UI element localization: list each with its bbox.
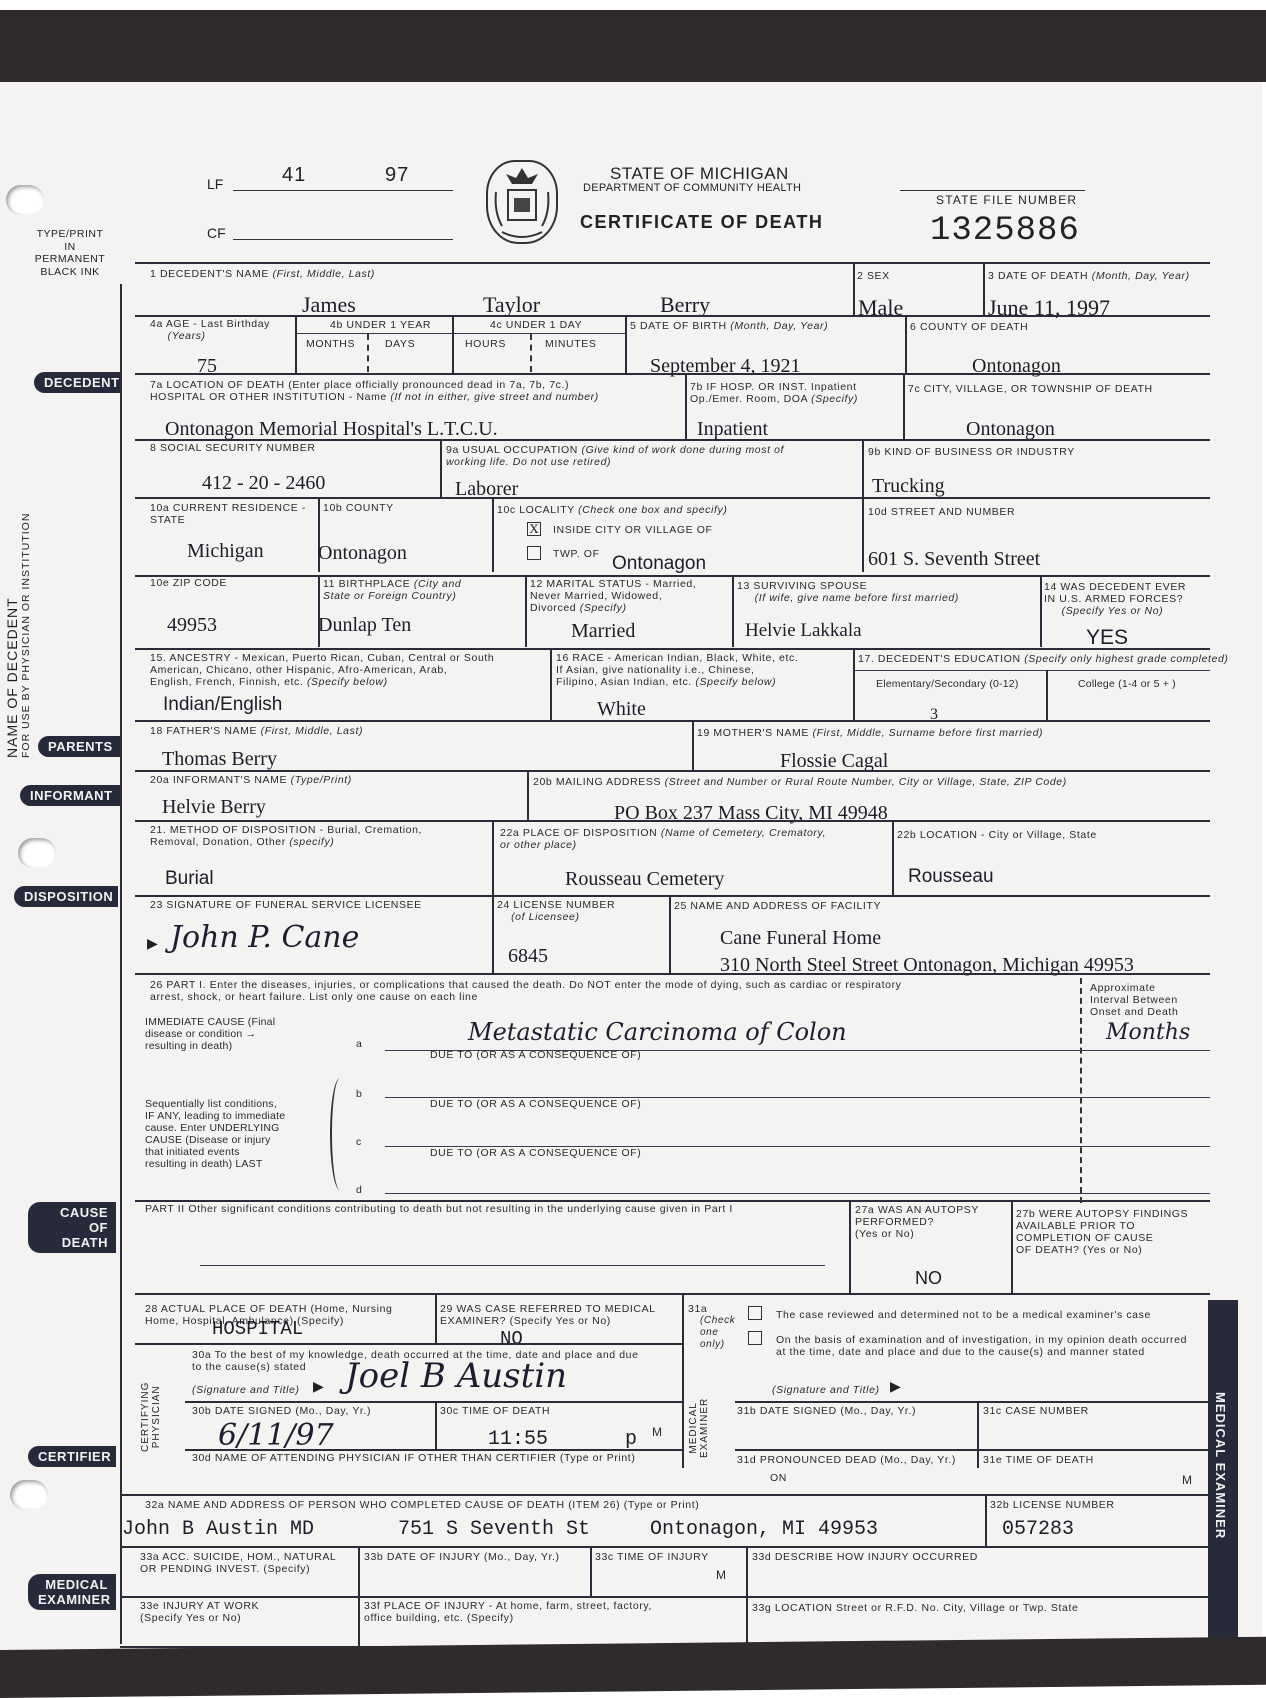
sequential-label: Sequentially list conditions, IF ANY, le… bbox=[145, 1098, 285, 1170]
part2-line bbox=[200, 1265, 825, 1266]
cf-label: CF bbox=[207, 225, 226, 241]
disposition-location: Rousseau bbox=[908, 866, 994, 888]
row33-top-rule bbox=[120, 1546, 1208, 1548]
divider bbox=[854, 670, 1210, 671]
due-to-label-a: DUE TO (OR AS A CONSEQUENCE OF) bbox=[430, 1049, 641, 1061]
informant-name: Helvie Berry bbox=[162, 796, 266, 819]
michigan-seal-icon bbox=[486, 160, 558, 244]
father-name: Thomas Berry bbox=[162, 748, 277, 771]
f20b-label: 20b MAILING ADDRESS (Street and Number o… bbox=[533, 776, 1067, 788]
disposition-method: Burial bbox=[165, 868, 214, 890]
residence-county: Ontonagon bbox=[318, 542, 407, 565]
f29-label: 29 WAS CASE REFERRED TO MEDICAL EXAMINER… bbox=[440, 1303, 656, 1327]
f9a-label: 9a USUAL OCCUPATION (Give kind of work d… bbox=[446, 444, 784, 468]
injury-time-m: M bbox=[716, 1569, 727, 1581]
divider bbox=[1040, 575, 1042, 647]
f27b-label: 27b WERE AUTOPSY FINDINGS AVAILABLE PRIO… bbox=[1016, 1208, 1188, 1256]
f30c-label: 30c TIME OF DEATH bbox=[440, 1405, 550, 1417]
completer-name: John B Austin MD bbox=[122, 1518, 314, 1541]
f16-label: 16 RACE - American Indian, Black, White,… bbox=[556, 652, 798, 688]
me-signature-arrow-icon: ▶ bbox=[890, 1378, 901, 1395]
f17-label: 17. DECEDENT'S EDUCATION (Specify only h… bbox=[858, 653, 1229, 665]
divider bbox=[905, 315, 907, 373]
signature-title-label: (Signature and Title) bbox=[192, 1384, 300, 1396]
township-label: TWP. OF bbox=[553, 548, 600, 560]
f31a-label: 31a bbox=[688, 1303, 707, 1315]
divider bbox=[669, 895, 671, 973]
f33d-label: 33d DESCRIBE HOW INJURY OCCURRED bbox=[752, 1551, 978, 1563]
months-label: MONTHS bbox=[306, 338, 355, 350]
college-label: College (1-4 or 5 + ) bbox=[1078, 678, 1176, 690]
divider bbox=[550, 648, 552, 720]
divider bbox=[440, 439, 442, 499]
certifier-signature: Joel B Austin bbox=[345, 1356, 567, 1396]
punch-hole-middle bbox=[18, 838, 56, 868]
f1-label: 1 DECEDENT'S NAME (First, Middle, Last) bbox=[150, 268, 375, 280]
certifying-physician-label: CERTIFYING PHYSICIAN bbox=[140, 1382, 162, 1452]
department-name: DEPARTMENT OF COMMUNITY HEALTH bbox=[583, 182, 801, 194]
divider bbox=[492, 820, 494, 895]
f33g-label: 33g LOCATION Street or R.F.D. No. City, … bbox=[752, 1602, 1078, 1614]
certifier-top-rule bbox=[135, 1293, 1210, 1295]
divider bbox=[525, 575, 527, 647]
divider bbox=[849, 1200, 851, 1295]
funeral-licensee-signature: John P. Cane bbox=[170, 920, 359, 955]
me-option-1-label: The case reviewed and determined not to … bbox=[776, 1309, 1151, 1321]
row5-top-rule bbox=[135, 497, 1210, 499]
pronounced-on: ON bbox=[770, 1472, 787, 1484]
divider bbox=[692, 720, 694, 770]
f18-label: 18 FATHER'S NAME (First, Middle, Last) bbox=[150, 725, 363, 737]
location-of-death: Ontonagon Memorial Hospital's L.T.C.U. bbox=[165, 418, 498, 441]
f33a-label: 33a ACC. SUICIDE, HOM., NATURAL OR PENDI… bbox=[140, 1551, 336, 1575]
ancestry: Indian/English bbox=[163, 694, 282, 716]
lf-value-2: 97 bbox=[385, 164, 409, 187]
f26-label: 26 PART I. Enter the diseases, injuries,… bbox=[150, 979, 902, 1003]
tab-decedent: DECEDENT bbox=[34, 372, 120, 393]
cause-top-rule bbox=[135, 973, 1210, 975]
street-address: 601 S. Seventh Street bbox=[868, 548, 1040, 571]
f7c-label: 7c CITY, VILLAGE, OR TOWNSHIP OF DEATH bbox=[908, 383, 1153, 395]
divider bbox=[853, 262, 855, 317]
divider bbox=[862, 497, 864, 572]
hours-label: HOURS bbox=[465, 338, 506, 350]
f4c-label: 4c UNDER 1 DAY bbox=[490, 319, 582, 331]
f10e-label: 10e ZIP CODE bbox=[150, 577, 227, 589]
divider bbox=[367, 334, 369, 372]
am-pm: p bbox=[625, 1428, 637, 1451]
line-b-label: b bbox=[356, 1088, 362, 1100]
divider bbox=[452, 315, 454, 373]
f10b-label: 10b COUNTY bbox=[323, 502, 394, 514]
interval-a: Months bbox=[1106, 1020, 1190, 1045]
me-signature-title-label: (Signature and Title) bbox=[772, 1384, 880, 1396]
divider bbox=[530, 334, 532, 372]
divider bbox=[590, 1546, 592, 1596]
vertical-note-use: FOR USE BY PHYSICIAN OR INSTITUTION bbox=[20, 513, 32, 758]
lf-value-1: 41 bbox=[282, 164, 306, 187]
f14-label: 14 WAS DECEDENT EVER IN U.S. ARMED FORCE… bbox=[1044, 581, 1186, 617]
disposition-place: Rousseau Cemetery bbox=[565, 868, 724, 891]
f7a-label: 7a LOCATION OF DEATH (Enter place offici… bbox=[150, 379, 599, 403]
divider bbox=[435, 1401, 437, 1449]
f32b-label: 32b LICENSE NUMBER bbox=[990, 1499, 1115, 1511]
divider bbox=[625, 315, 627, 373]
me-time-m: M bbox=[1182, 1474, 1193, 1486]
surviving-spouse: Helvie Lakkala bbox=[745, 620, 862, 642]
f6-label: 6 COUNTY OF DEATH bbox=[910, 321, 1028, 333]
divider bbox=[853, 648, 855, 720]
row6-top-rule bbox=[135, 575, 1210, 577]
armed-forces: YES bbox=[1086, 626, 1128, 650]
row10-top-rule bbox=[135, 820, 1210, 822]
divider bbox=[732, 575, 734, 647]
f33c-label: 33c TIME OF INJURY bbox=[595, 1551, 709, 1563]
divider bbox=[185, 1449, 683, 1451]
minutes-label: MINUTES bbox=[545, 338, 596, 350]
divider bbox=[435, 1293, 437, 1343]
divider bbox=[892, 820, 894, 895]
interval-label: Approximate Interval Between Onset and D… bbox=[1090, 982, 1178, 1018]
marital-status: Married bbox=[571, 620, 635, 643]
f32a-label: 32a NAME AND ADDRESS OF PERSON WHO COMPL… bbox=[145, 1499, 699, 1511]
f3-label: 3 DATE OF DEATH (Month, Day, Year) bbox=[988, 270, 1190, 282]
tab-informant: INFORMANT bbox=[20, 785, 120, 806]
f10c-label: 10c LOCALITY (Check one box and specify) bbox=[497, 504, 727, 516]
f4a-label: 4a AGE - Last Birthday (Years) bbox=[150, 318, 270, 342]
completer-city: Ontonagon, MI 49953 bbox=[650, 1518, 878, 1541]
divider bbox=[735, 1401, 1208, 1403]
state-file-number: 1325886 bbox=[930, 212, 1080, 250]
interval-divider bbox=[1080, 978, 1082, 1203]
divider bbox=[492, 895, 494, 973]
ink-note: TYPE/PRINT IN PERMANENT BLACK INK bbox=[30, 228, 110, 278]
f27a-label: 27a WAS AN AUTOPSY PERFORMED? (Yes or No… bbox=[855, 1204, 979, 1240]
form-left-border bbox=[120, 284, 122, 1644]
vertical-note-name: NAME OF DECEDENT bbox=[4, 597, 20, 758]
lf-label: LF bbox=[207, 176, 223, 192]
f20a-label: 20a INFORMANT'S NAME (Type/Print) bbox=[150, 774, 352, 786]
f33f-label: 33f PLACE OF INJURY - At home, farm, str… bbox=[364, 1600, 652, 1624]
township-checkbox[interactable] bbox=[527, 546, 541, 560]
f7b-label: 7b IF HOSP. OR INST. Inpatient Op./Emer.… bbox=[690, 381, 858, 405]
divider bbox=[185, 1401, 683, 1403]
residence-state: Michigan bbox=[187, 540, 264, 563]
f4b-label: 4b UNDER 1 YEAR bbox=[330, 319, 431, 331]
decedent-sex: Male bbox=[858, 295, 903, 321]
me-option-2-checkbox[interactable] bbox=[748, 1331, 762, 1345]
line-c-label: c bbox=[356, 1136, 362, 1148]
tab-disposition: DISPOSITION bbox=[14, 886, 118, 907]
f15-label: 15. ANCESTRY - Mexican, Puerto Rican, Cu… bbox=[150, 652, 494, 688]
f8-label: 8 SOCIAL SECURITY NUMBER bbox=[150, 442, 316, 454]
f10a-label: 10a CURRENT RESIDENCE - STATE bbox=[150, 502, 306, 526]
f12-label: 12 MARITAL STATUS - Married, Never Marri… bbox=[530, 578, 696, 614]
medical-examiner-side-label: MEDICAL EXAMINER bbox=[1213, 1392, 1228, 1539]
locality: Ontonagon bbox=[612, 553, 706, 575]
zip-code: 49953 bbox=[167, 614, 217, 637]
due-to-label-c: DUE TO (OR AS A CONSEQUENCE OF) bbox=[430, 1147, 641, 1159]
cause-a: Metastatic Carcinoma of Colon bbox=[468, 1018, 847, 1046]
inside-city-checkbox[interactable]: X bbox=[527, 522, 541, 536]
time-m: M bbox=[652, 1426, 663, 1438]
f31b-label: 31b DATE SIGNED (Mo., Day, Yr.) bbox=[737, 1405, 916, 1417]
f23-label: 23 SIGNATURE OF FUNERAL SERVICE LICENSEE bbox=[150, 899, 422, 911]
f10d-label: 10d STREET AND NUMBER bbox=[868, 506, 1015, 518]
tab-medical-examiner: MEDICAL EXAMINER bbox=[28, 1574, 116, 1610]
f31d-label: 31d PRONOUNCED DEAD (Mo., Day, Yr.) bbox=[737, 1454, 956, 1466]
city-of-death: Ontonagon bbox=[966, 418, 1055, 441]
f33b-label: 33b DATE OF INJURY (Mo., Day, Yr.) bbox=[364, 1551, 560, 1563]
f24-label: 24 LICENSE NUMBER (of Licensee) bbox=[497, 899, 615, 923]
line-d-label: d bbox=[356, 1184, 362, 1196]
f11-label: 11 BIRTHPLACE (City and State or Foreign… bbox=[323, 578, 461, 602]
file-number-rule bbox=[900, 190, 1085, 191]
f9b-label: 9b KIND OF BUSINESS OR INDUSTRY bbox=[868, 446, 1075, 458]
row4-top-rule bbox=[135, 439, 1210, 441]
facility-name: Cane Funeral Home bbox=[720, 927, 881, 950]
line-a-label: a bbox=[356, 1038, 362, 1050]
f19-label: 19 MOTHER'S NAME (First, Middle, Surname… bbox=[697, 727, 1043, 739]
f2-label: 2 SEX bbox=[857, 270, 890, 282]
signature-arrow-icon: ▶ bbox=[147, 935, 158, 952]
f22a-label: 22a PLACE OF DISPOSITION (Name of Cemete… bbox=[500, 827, 826, 851]
f30b-label: 30b DATE SIGNED (Mo., Day, Yr.) bbox=[192, 1405, 371, 1417]
punch-hole-bottom bbox=[10, 1480, 48, 1510]
divider bbox=[862, 439, 864, 499]
signature-arrow-icon: ▶ bbox=[313, 1378, 324, 1395]
cause-line-d bbox=[385, 1193, 1210, 1194]
tab-cause-of-death: CAUSE OF DEATH bbox=[28, 1202, 116, 1253]
referred-to-me: NO bbox=[500, 1328, 523, 1350]
due-to-label-b: DUE TO (OR AS A CONSEQUENCE OF) bbox=[430, 1098, 641, 1110]
divider bbox=[527, 770, 529, 820]
institution-status: Inpatient bbox=[697, 418, 768, 441]
part2-label: PART II Other significant conditions con… bbox=[145, 1203, 733, 1215]
inside-city-label: INSIDE CITY OR VILLAGE OF bbox=[553, 524, 713, 536]
state-file-number-label: STATE FILE NUMBER bbox=[936, 193, 1077, 207]
funeral-license-number: 6845 bbox=[508, 945, 548, 968]
me-option-2-label: On the basis of examination and of inves… bbox=[776, 1334, 1187, 1358]
brace-icon bbox=[330, 1078, 350, 1190]
medical-examiner-vertical-label: MEDICAL EXAMINER bbox=[688, 1398, 710, 1458]
divider bbox=[492, 497, 494, 572]
scanner-top-band bbox=[0, 10, 1266, 82]
row1-top-rule bbox=[135, 262, 1210, 264]
divider bbox=[295, 315, 297, 373]
actual-place-of-death: HOSPITAL bbox=[212, 1318, 303, 1340]
part2-top-rule bbox=[135, 1200, 1210, 1202]
f22b-label: 22b LOCATION - City or Village, State bbox=[897, 829, 1097, 841]
row8-top-rule bbox=[135, 720, 1210, 722]
f31a-hint: (Check one only) bbox=[700, 1315, 735, 1351]
divider bbox=[296, 333, 626, 334]
completer-street: 751 S Seventh St bbox=[398, 1518, 590, 1541]
lf-line bbox=[233, 190, 453, 191]
f30d-label: 30d NAME OF ATTENDING PHYSICIAN IF OTHER… bbox=[192, 1452, 635, 1464]
tab-certifier: CERTIFIER bbox=[28, 1446, 116, 1467]
divider bbox=[983, 262, 985, 317]
f5-label: 5 DATE OF BIRTH (Month, Day, Year) bbox=[630, 320, 828, 332]
me-option-1-checkbox[interactable] bbox=[748, 1306, 762, 1320]
date-signed: 6/11/97 bbox=[218, 1418, 334, 1453]
autopsy-performed: NO bbox=[915, 1268, 942, 1289]
birthplace: Dunlap Ten bbox=[318, 614, 411, 637]
row3-top-rule bbox=[135, 373, 1210, 375]
row11-top-rule bbox=[135, 895, 1210, 897]
divider bbox=[685, 373, 687, 439]
ssn: 412 - 20 - 2460 bbox=[202, 472, 325, 495]
industry: Trucking bbox=[872, 475, 945, 498]
f21-label: 21. METHOD OF DISPOSITION - Burial, Crem… bbox=[150, 824, 422, 848]
completer-license: 057283 bbox=[1002, 1518, 1074, 1541]
punch-hole-top bbox=[6, 185, 44, 215]
certificate-title: CERTIFICATE OF DEATH bbox=[580, 212, 823, 233]
divider bbox=[682, 1293, 684, 1468]
elementary-label: Elementary/Secondary (0-12) bbox=[876, 678, 1019, 690]
f13-label: 13 SURVIVING SPOUSE (If wife, give name … bbox=[737, 580, 959, 604]
f31c-label: 31c CASE NUMBER bbox=[983, 1405, 1089, 1417]
time-of-death: 11:55 bbox=[488, 1428, 548, 1451]
divider bbox=[985, 1494, 987, 1546]
divider bbox=[903, 373, 905, 439]
tab-parents: PARENTS bbox=[38, 736, 120, 757]
divider bbox=[135, 1343, 683, 1345]
race: White bbox=[597, 698, 646, 721]
divider bbox=[1046, 670, 1048, 720]
cf-line bbox=[233, 239, 453, 240]
divider bbox=[120, 1596, 1208, 1598]
divider bbox=[735, 1449, 1208, 1451]
state-name: STATE OF MICHIGAN bbox=[610, 164, 789, 184]
row7-top-rule bbox=[135, 648, 1210, 650]
divider bbox=[977, 1401, 979, 1468]
row32-top-rule bbox=[120, 1494, 1208, 1496]
f31e-label: 31e TIME OF DEATH bbox=[983, 1454, 1094, 1466]
immediate-cause-label: IMMEDIATE CAUSE (Final disease or condit… bbox=[145, 1016, 275, 1052]
divider bbox=[1011, 1200, 1013, 1295]
row9-top-rule bbox=[135, 770, 1210, 772]
days-label: DAYS bbox=[385, 338, 415, 350]
f25-label: 25 NAME AND ADDRESS OF FACILITY bbox=[674, 900, 881, 912]
date-of-death: June 11, 1997 bbox=[988, 295, 1110, 321]
f33e-label: 33e INJURY AT WORK (Specify Yes or No) bbox=[140, 1600, 259, 1624]
